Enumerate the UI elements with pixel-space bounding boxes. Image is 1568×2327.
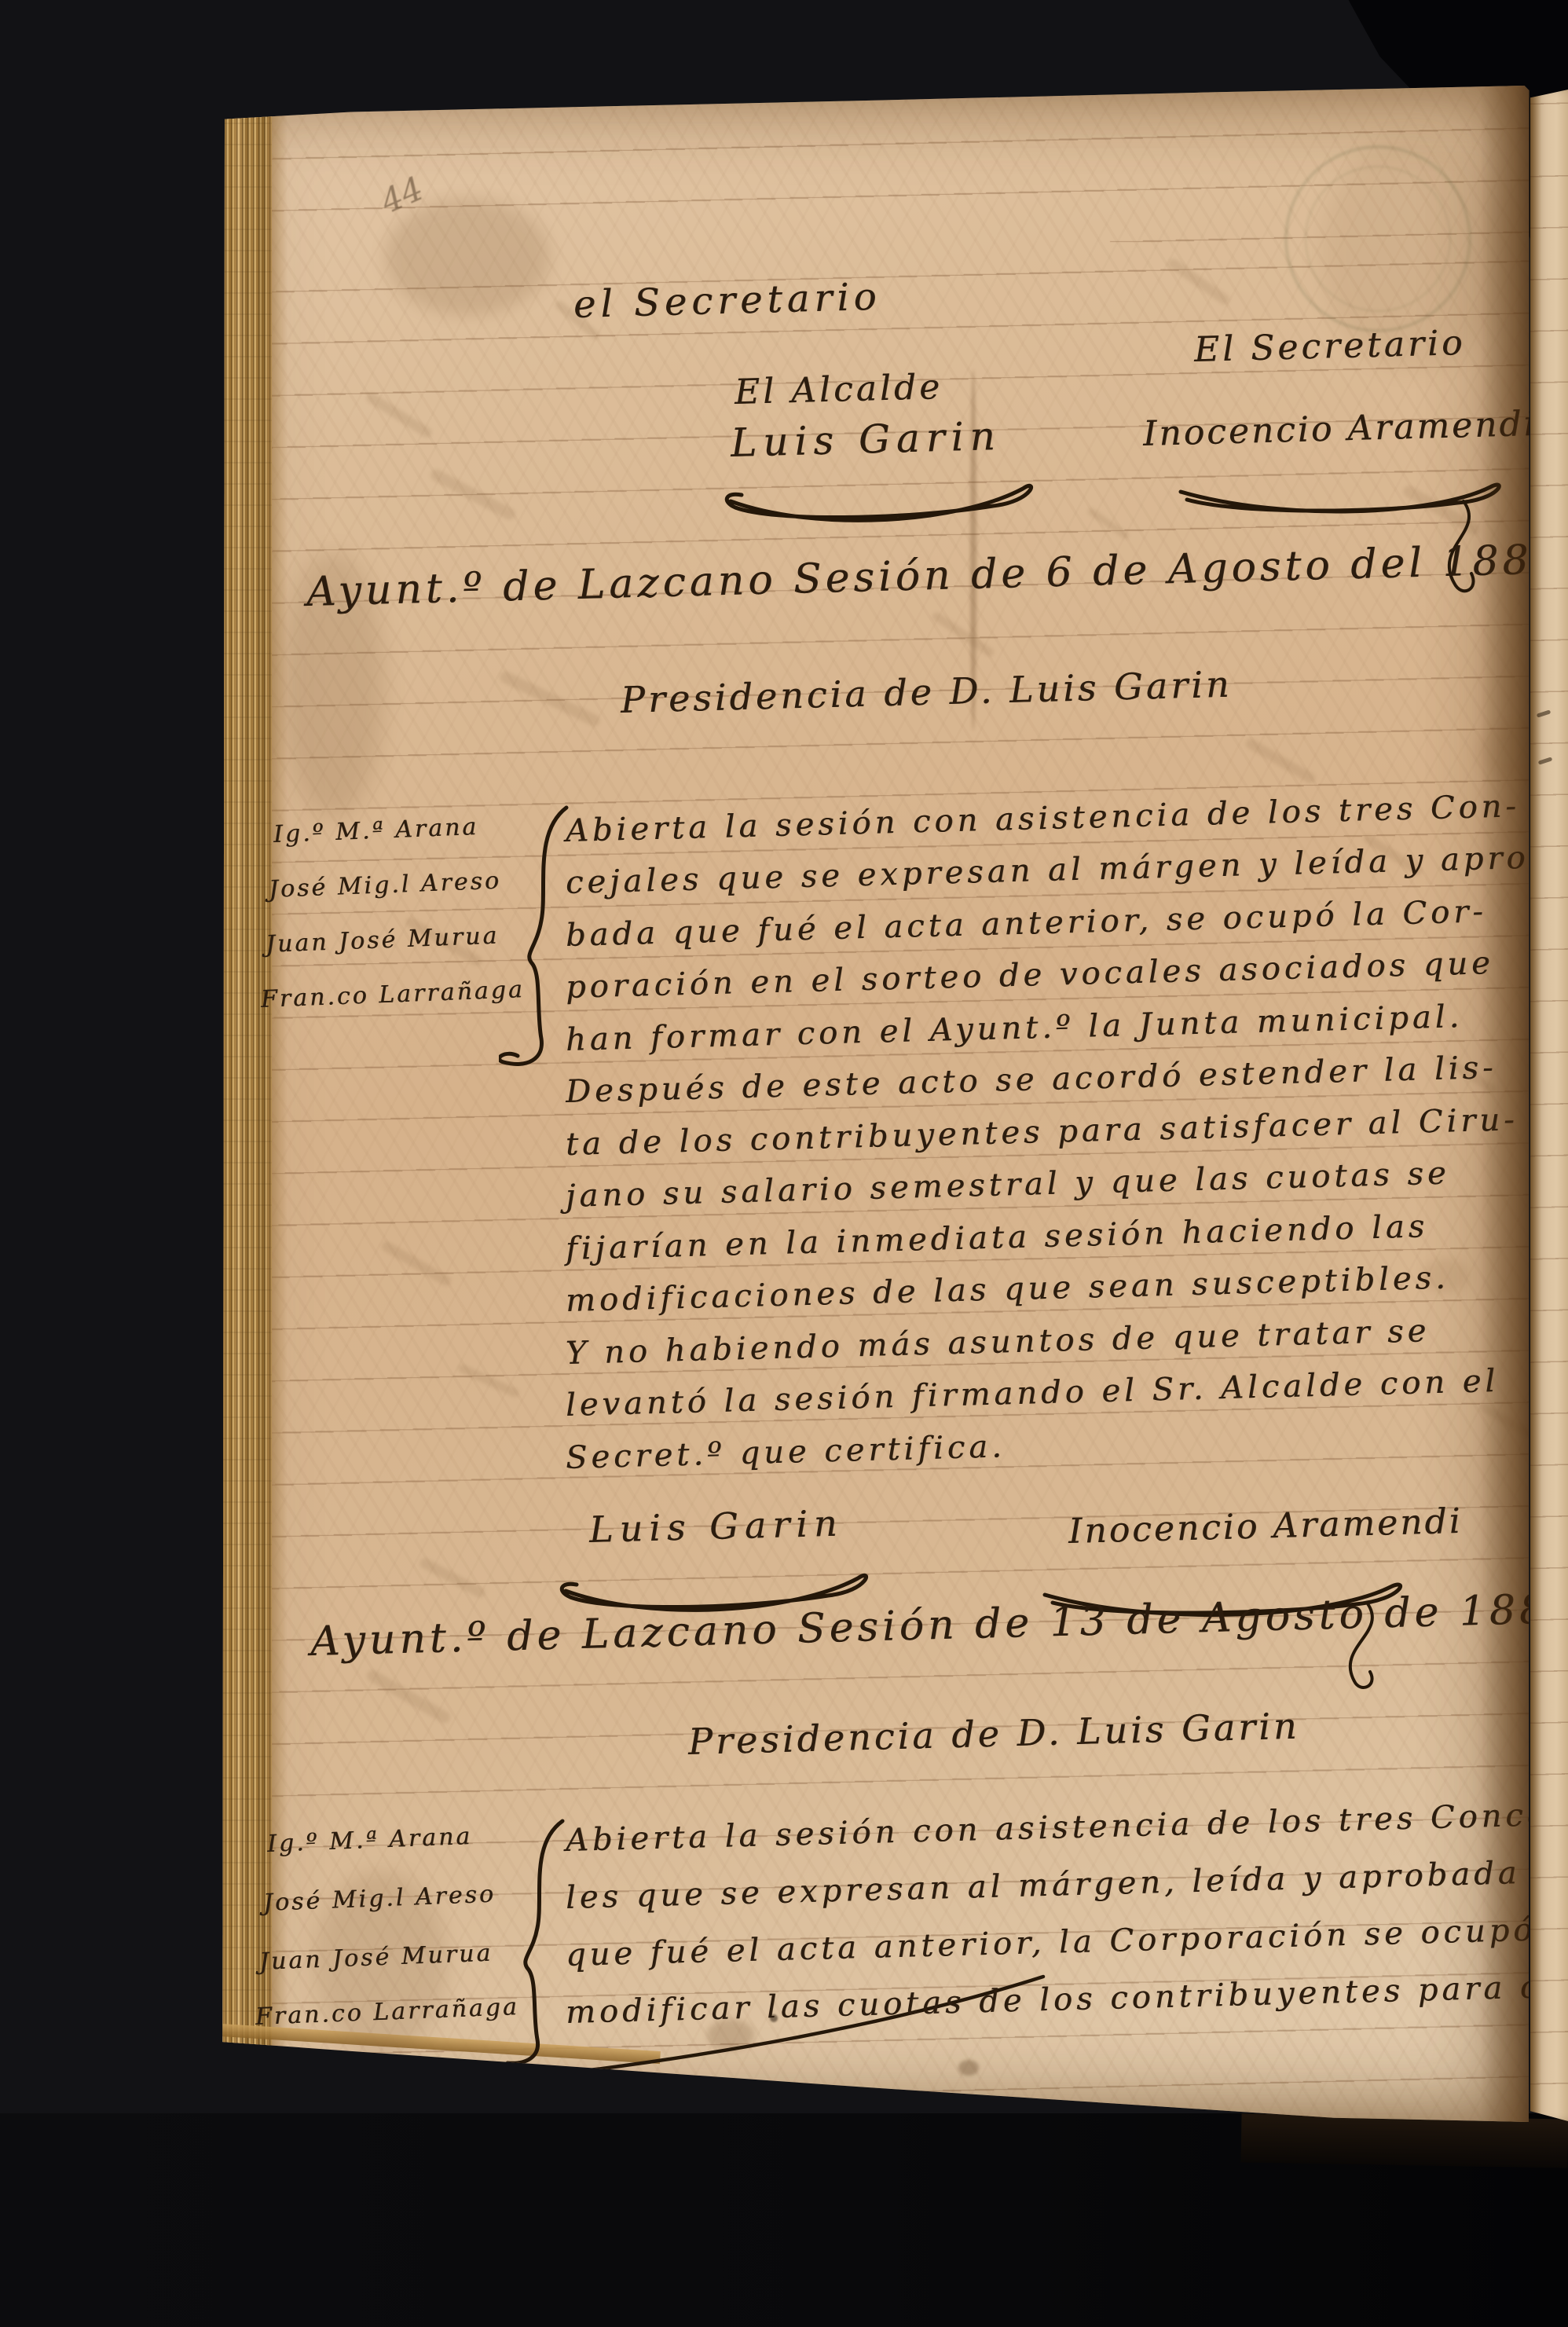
body-line: poración en el sorteo de vocales asociad… [565, 945, 1494, 1006]
body-line: Después de este acto se acordó estender … [565, 1050, 1497, 1110]
secretario-role-label: El Secretario [1193, 323, 1466, 370]
ink-bleed-ghost [1167, 257, 1232, 306]
paper-stain [385, 198, 550, 316]
body-line: bada que fué el acta anterior, se ocupó … [565, 893, 1487, 954]
body-line: Secret.º que certifica. [565, 1428, 1006, 1476]
margin-councilor-name: José Mig.l Areso [262, 1881, 496, 1917]
session1-signature-secretario: Inocencio Aramendi [1068, 1501, 1463, 1552]
body-line: cejales que se expresan al márgen y leíd… [565, 839, 1544, 901]
body-line: jano su salario semestral y que las cuot… [565, 1156, 1450, 1215]
ink-bleed-ghost [365, 391, 434, 440]
page-edge-fade [270, 80, 288, 2132]
signature-rubric-icon [723, 471, 1053, 542]
ink-bleed-ghost [931, 610, 995, 658]
ink-bleed-ghost [379, 1240, 452, 1288]
gutter-shadow [1480, 80, 1530, 2132]
margin-councilor-name: Ig.º M.ª Arana [266, 1823, 473, 1858]
alcalde-role-label: El Alcalde [734, 367, 943, 412]
stacked-page-edges [220, 80, 272, 2132]
session2-subtitle: Presidencia de D. Luis Garin [687, 1705, 1300, 1763]
ink-bleed-ghost [498, 669, 602, 728]
body-line: fijarían en la inmediata sesión haciendo… [565, 1208, 1428, 1267]
session1-subtitle: Presidencia de D. Luis Garin [620, 663, 1233, 721]
margin-councilor-name: Fran.co Larrañaga [260, 976, 525, 1013]
book-board-edge [1240, 2113, 1568, 2168]
body-line: han formar con el Ayunt.º la Junta munic… [565, 999, 1463, 1058]
body-line: Abierta la sesión con asistencia de los … [565, 1796, 1568, 1859]
adjacent-page-edge [1530, 90, 1568, 2121]
ink-mark [1537, 709, 1552, 717]
ink-bleed-ghost [1244, 737, 1317, 785]
scanned-manuscript-photo: { "page": { "pencil_mark": "44", "closin… [0, 0, 1568, 2327]
margin-councilor-name: Ig.º M.ª Arana [273, 813, 479, 848]
alcalde-signature: Luis Garin [730, 413, 1002, 466]
ink-bleed-ghost [429, 467, 518, 522]
margin-councilor-name: José Mig.l Areso [268, 867, 501, 903]
closing-secretario-heading: el Secretario [573, 275, 881, 327]
ink-bleed-ghost [365, 1668, 452, 1725]
secretario-signature: Inocencio Aramendi [1142, 404, 1537, 454]
body-line: les que se expresan al márgen, leída y a… [565, 1855, 1521, 1916]
session1-signature-alcalde: Luis Garin [588, 1502, 844, 1551]
body-line: modificaciones de las que sean susceptib… [565, 1260, 1449, 1319]
manuscript-page: 44 el Secretario El Alcalde El Secretari… [220, 80, 1530, 2132]
ink-bleed-ghost [418, 1556, 486, 1600]
body-line: levantó la sesión firmando el Sr. Alcald… [565, 1363, 1499, 1424]
ink-mark [1538, 757, 1553, 764]
body-line: ta de los contribuyentes para satisfacer… [565, 1101, 1519, 1163]
ink-bleed-ghost [457, 1363, 521, 1398]
ink-bleed-ghost [1086, 507, 1130, 541]
body-line: Y no habiendo más asuntos de que tratar … [565, 1313, 1430, 1372]
body-line: que fué el acta anterior, la Corporación… [565, 1911, 1568, 1973]
